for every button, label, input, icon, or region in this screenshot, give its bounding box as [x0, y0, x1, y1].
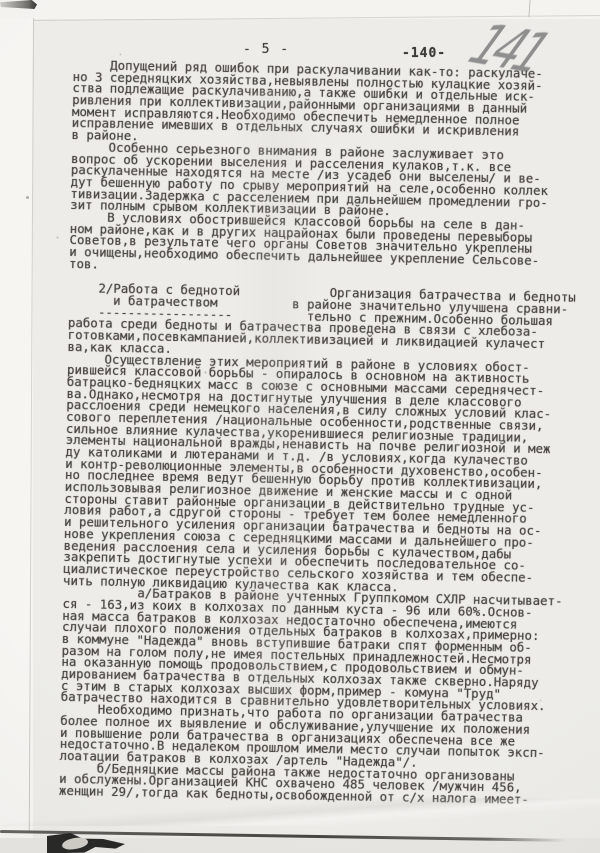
paper-crease-middle — [230, 90, 320, 710]
paper-crease-bottom — [0, 798, 600, 826]
section-heading-work-with-poor: 2/Работа с беднотой Организация батрачес… — [67, 282, 600, 363]
scanned-document-page: - 5 - -140- 141 Допущений ряд ошибок при… — [0, 0, 600, 853]
paragraph-implementation-class-struggle: Осуществление этих мероприятий в районе … — [63, 352, 600, 596]
paper-specks — [0, 0, 1, 1]
folio-number: -140- — [402, 46, 446, 61]
document-body: Допущений ряд ошибок при раскулачивании … — [59, 59, 600, 807]
paragraph-errors-dekulakization: Допущений ряд ошибок при раскулачивании … — [71, 59, 600, 152]
page-number: - 5 - — [243, 42, 290, 57]
paragraph-a-batraks: а/Батраков в районе учтенных Группкомом … — [61, 586, 600, 714]
paragraph-soviets-reelections: В условиях обострившейся классовой борьб… — [69, 211, 600, 280]
scan-background-left — [0, 0, 33, 853]
